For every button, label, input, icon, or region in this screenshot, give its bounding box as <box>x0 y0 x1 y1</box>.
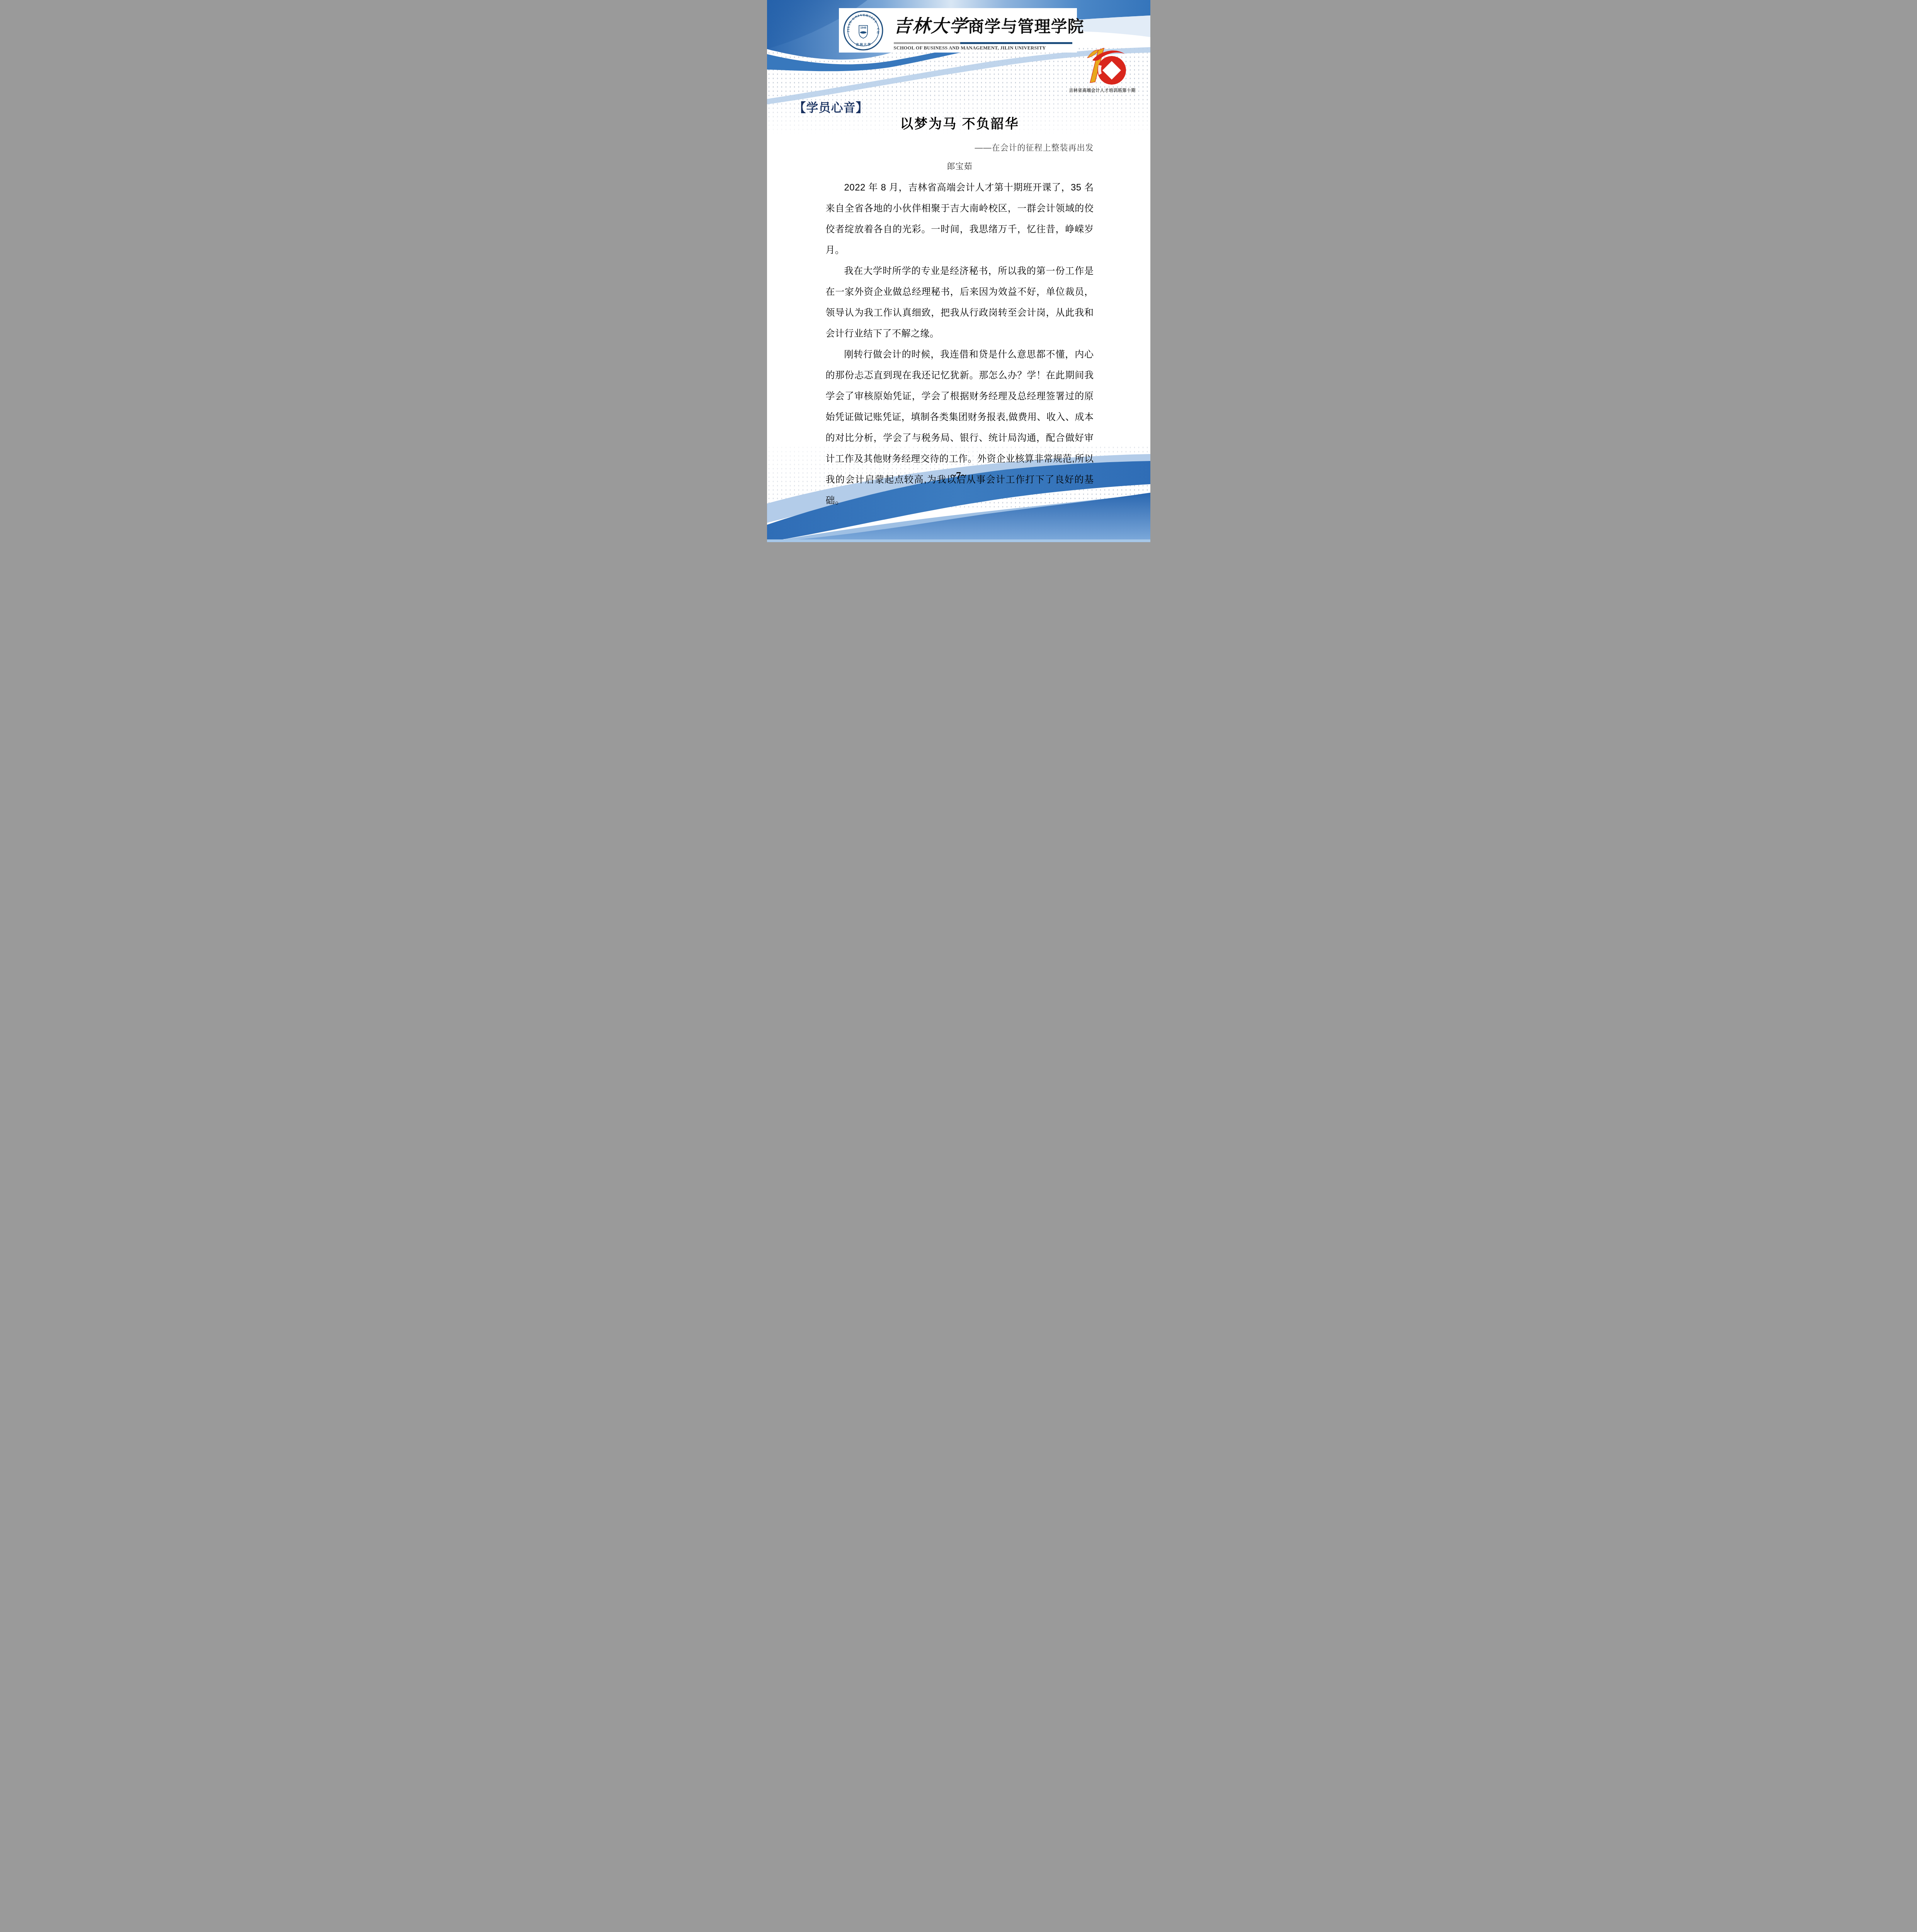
section-label: 【学员心音】 <box>794 98 868 115</box>
article-title: 以梦为马 不负韶华 <box>826 113 1094 132</box>
article-subtitle: ——在会计的征程上整装再出发 <box>826 141 1094 153</box>
university-name-cn: 吉林大学 <box>894 15 968 36</box>
page-number: ~7~ <box>767 470 1150 481</box>
article-body: 2022 年 8 月，吉林省高端会计人才第十期班开课了，35 名来自全省各地的小… <box>826 177 1094 511</box>
university-logo-box: JILIN UNIVERSITY · CHINA 1946 吉 林 大 学 吉林… <box>839 8 1077 53</box>
bottom-strip <box>767 539 1150 542</box>
school-name-en: SCHOOL OF BUSINESS AND MANAGEMENT, JILIN… <box>894 45 1075 51</box>
seal-year: 1946 <box>860 27 866 29</box>
seal-bottom-text: 吉 林 大 学 <box>856 43 871 46</box>
document-page: JILIN UNIVERSITY · CHINA 1946 吉 林 大 学 吉林… <box>767 0 1150 542</box>
article-author: 郎宝茹 <box>826 160 1094 172</box>
logotype-line: 吉林大学商学与管理学院 <box>894 12 1074 40</box>
paragraph-3: 刚转行做会计的时候，我连借和贷是什么意思都不懂，内心的那份忐忑直到现在我还记忆犹… <box>826 344 1094 511</box>
divider-bar-blue <box>960 42 1072 44</box>
paragraph-1: 2022 年 8 月，吉林省高端会计人才第十期班开课了，35 名来自全省各地的小… <box>826 177 1094 261</box>
anniversary-10-logo <box>1078 48 1129 87</box>
university-seal: JILIN UNIVERSITY · CHINA 1946 吉 林 大 学 <box>843 10 884 51</box>
paragraph-2: 我在大学时所学的专业是经济秘书，所以我的第一份工作是在一家外资企业做总经理秘书，… <box>826 261 1094 344</box>
anniversary-caption: 吉林省高端会计人才培训班第十期 <box>1065 87 1140 94</box>
divider-bar-gray <box>894 42 960 44</box>
school-name-cn: 商学与管理学院 <box>968 17 1084 36</box>
